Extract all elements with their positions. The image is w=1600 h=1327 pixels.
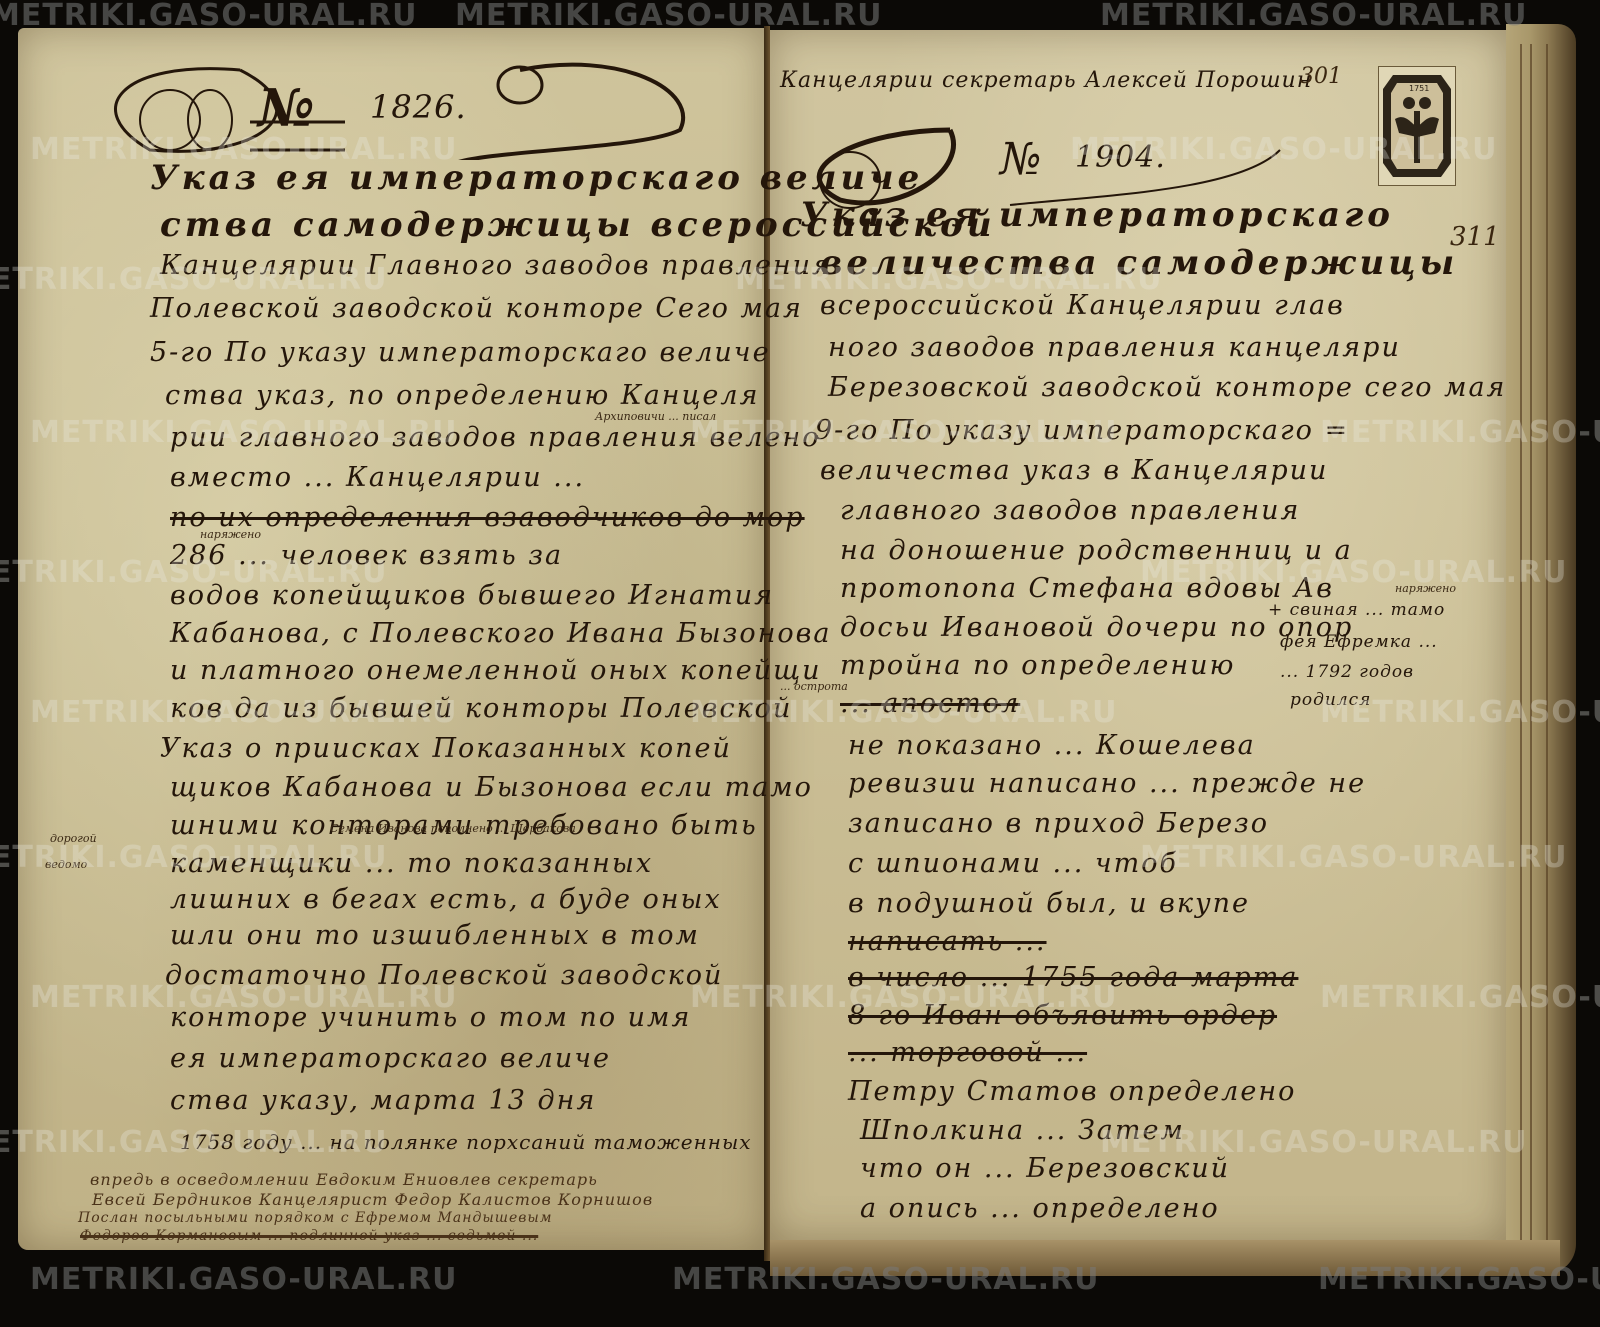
right-line-17: с шпионами ... чтоб bbox=[848, 848, 1178, 879]
left-line-11: водов копейщиков бывшего Игнатия bbox=[170, 580, 774, 611]
left-line-19: лишних в бегах есть, а буде оных bbox=[170, 884, 722, 915]
right-line-7: величества указ в Канцелярии bbox=[820, 455, 1328, 486]
double-headed-eagle-stamp: 1751 bbox=[1378, 66, 1456, 186]
right-line-24: Шполкина ... Затем bbox=[860, 1115, 1185, 1146]
left-line-16: щиков Кабанова и Бызонова если тамо bbox=[170, 772, 813, 803]
right-line-5: Березовской заводской конторе сего мая bbox=[828, 372, 1506, 403]
left-line-18: каменщики ... то показанных bbox=[170, 848, 653, 879]
right-line-3: всероссийской Канцелярии глав bbox=[820, 290, 1345, 321]
left-record-number: 1826. bbox=[370, 88, 467, 126]
right-margin-note-6: ... острота bbox=[780, 680, 848, 693]
folio-number: 301 bbox=[1300, 64, 1342, 89]
right-margin-note-4: родился bbox=[1290, 690, 1371, 710]
left-footer-2: Евсей Бердников Канцелярист Федор Калист… bbox=[92, 1190, 653, 1209]
left-margin-note-4: ведомо bbox=[45, 858, 87, 871]
right-line-25: что он ... Березовский bbox=[860, 1153, 1230, 1184]
watermark-text: METRIKI.GASO-URAL.RU bbox=[1100, 0, 1528, 33]
eagle-icon: 1751 bbox=[1379, 67, 1455, 185]
right-margin-note-5: наряжено bbox=[1395, 582, 1456, 595]
left-line-6: ства указ, по определению Канцеля bbox=[165, 380, 759, 411]
right-line-13: ... апостол bbox=[840, 688, 1020, 719]
left-line-3: Канцелярии Главного заводов правления bbox=[160, 250, 832, 281]
right-line-19: написать ... bbox=[848, 926, 1047, 957]
right-line-23: Петру Статов определено bbox=[848, 1076, 1296, 1107]
left-line-25: 1758 году ... на полянке порхсаний тамож… bbox=[180, 1130, 752, 1154]
left-line-23: ея императорскаго величе bbox=[170, 1043, 611, 1074]
left-line-1: Указ ея императорскаго величе bbox=[150, 158, 923, 198]
page-edges bbox=[1506, 24, 1576, 1274]
left-line-10: 286 ... человек взять за bbox=[170, 540, 563, 571]
bottom-fold bbox=[770, 1240, 1560, 1276]
left-line-24: ства указу, марта 13 дня bbox=[170, 1085, 596, 1116]
right-margin-note-3: ... 1792 годов bbox=[1280, 662, 1414, 682]
right-line-4: ного заводов правления канцеляри bbox=[828, 332, 1401, 363]
left-line-20: шли они то изшибленных в том bbox=[170, 920, 700, 951]
left-line-15: Указ о приисках Показанных копей bbox=[160, 733, 732, 764]
left-line-22: конторе учинить о том по имя bbox=[170, 1002, 691, 1033]
right-margin-note-2: фея Ефремка ... bbox=[1280, 632, 1438, 652]
svg-text:1751: 1751 bbox=[1409, 84, 1429, 93]
left-margin-note-5: Семена Иванова пополнено ... Щербакова bbox=[330, 822, 576, 835]
left-line-5: 5-го По указу императорскаго величе bbox=[150, 337, 771, 368]
left-line-14: ков да из бывшей конторы Полевской bbox=[170, 693, 792, 724]
right-line-1: Указ ея императорскаго bbox=[800, 195, 1394, 235]
left-line-9: по их определения взаводчиков до мор bbox=[170, 502, 805, 533]
right-line-16: записано в приход Березо bbox=[848, 808, 1269, 839]
right-line-21: 8-го Иван объявить ордер bbox=[848, 1000, 1277, 1031]
right-line-8: главного заводов правления bbox=[840, 495, 1300, 526]
right-line-14: не показано ... Кошелева bbox=[848, 730, 1256, 761]
left-footer-3: Послан посыльными порядком с Ефремом Ман… bbox=[78, 1210, 552, 1226]
left-line-4: Полевской заводской конторе Сего мая bbox=[150, 293, 803, 324]
left-line-7: рии главного заводов правления велено bbox=[170, 422, 820, 453]
manuscript-spread: № 1826. Канцелярии секретарь Алексей Пор… bbox=[0, 0, 1600, 1327]
right-line-10: протопопа Стефана вдовы Ав bbox=[840, 573, 1334, 604]
right-line-18: в подушной был, и вкупе bbox=[848, 888, 1250, 919]
right-line-22: ... торговой ... bbox=[848, 1037, 1087, 1068]
right-line-2: величества самодержицы bbox=[820, 243, 1458, 283]
right-line-12: тройна по определению bbox=[840, 650, 1235, 681]
right-margin-note-1: + свиная ... тамо bbox=[1268, 600, 1445, 620]
left-line-13: и платного онемеленной оных копейщи bbox=[170, 655, 822, 686]
right-line-9: на доношение родственниц и а bbox=[840, 535, 1353, 566]
left-line-12: Кабанова, с Полевского Ивана Бызонова bbox=[170, 618, 831, 649]
watermark-text: METRIKI.GASO-URAL.RU bbox=[30, 1262, 458, 1297]
left-margin-note-2: наряжено bbox=[200, 528, 261, 541]
right-line-26: а опись ... определено bbox=[860, 1193, 1220, 1224]
right-top-inscription: Канцелярии секретарь Алексей Порошин bbox=[780, 68, 1312, 93]
right-line-15: ревизии написано ... прежде не bbox=[848, 768, 1366, 799]
right-line-6: 9-го По указу императорскаго = bbox=[815, 415, 1349, 446]
left-footer-8: Федоров Кормановым ... подлинной указ ..… bbox=[80, 1228, 538, 1244]
left-footer-1: впредь в осведомлении Евдоким Ениовлев с… bbox=[90, 1170, 598, 1189]
right-number-sign: № bbox=[1000, 134, 1043, 185]
left-margin-note-3: дорогой bbox=[50, 832, 97, 845]
right-record-number: 1904. bbox=[1075, 140, 1166, 175]
left-number-sign: № bbox=[258, 78, 316, 139]
left-margin-note-1: Архиповичи ... писал bbox=[595, 410, 716, 423]
left-line-8: вместо ... Канцелярии ... bbox=[170, 462, 585, 493]
left-line-21: достаточно Полевской заводской bbox=[165, 960, 723, 991]
right-line-20: в число ... 1755 года марта bbox=[848, 962, 1298, 993]
